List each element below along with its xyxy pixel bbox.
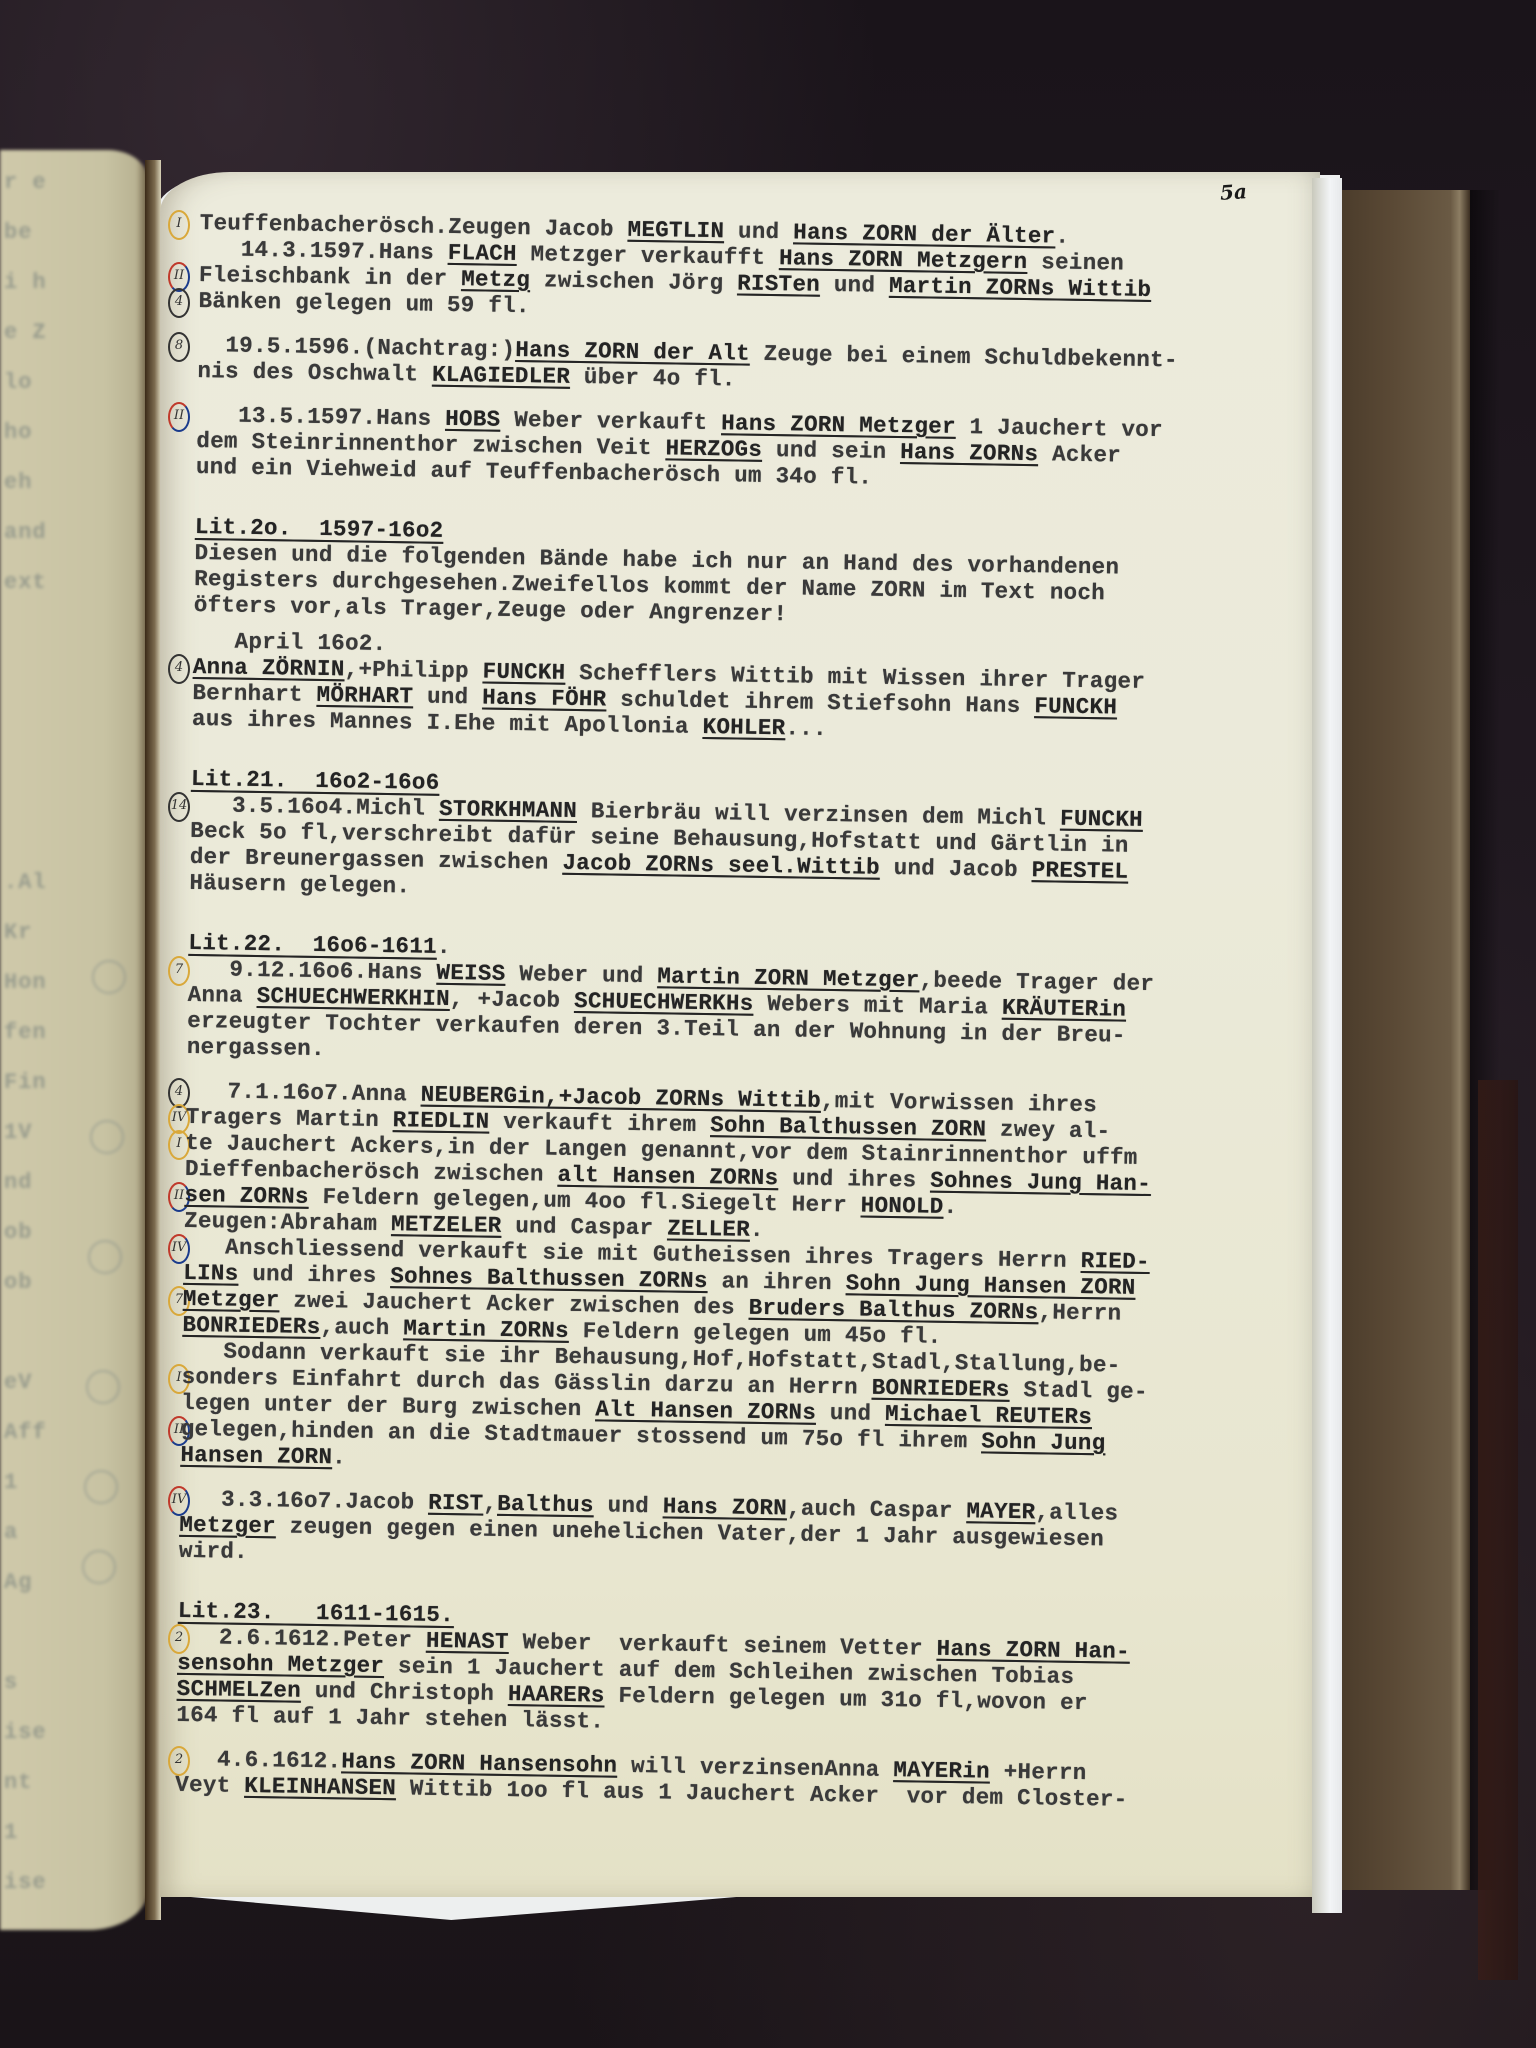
underlined-name: MÖRHART (316, 682, 413, 710)
text-run: . (437, 934, 451, 960)
margin-annotation-mark: I (168, 210, 190, 240)
facing-page-text: be (4, 220, 32, 245)
margin-annotation-mark: II (168, 402, 190, 432)
facing-page-text: r e (4, 170, 47, 195)
underlined-name: Metzger (183, 1286, 280, 1314)
facing-page-text: .Al (4, 870, 47, 895)
facing-page-text: Kr (4, 920, 32, 945)
underlined-name: Alt Hansen ZORNs (595, 1396, 816, 1425)
text-run: und Jacob (880, 855, 1032, 883)
facing-page-text: Ag (4, 1570, 32, 1595)
underlined-name: Balthus (497, 1491, 594, 1519)
text-run: verkauft ihrem (489, 1109, 710, 1138)
facing-page-circle-mark (90, 1120, 124, 1154)
text-run: Zeugen:Abraham (184, 1208, 391, 1237)
text-run: und (724, 218, 793, 245)
text-run: April 16o2. (193, 628, 387, 657)
underlined-name: STORKHMANN (439, 796, 577, 824)
underlined-name: HENAST (426, 1628, 509, 1655)
underlined-name: Lit.21. 16o2-16o6 (191, 766, 440, 796)
underlined-name: Hans ZORN Metzger (721, 410, 956, 440)
margin-annotation-mark: 7 (168, 956, 190, 986)
facing-page-circle-mark (82, 1550, 116, 1584)
text-run: und sein (762, 437, 900, 465)
underlined-name: Martin ZORNs (403, 1315, 569, 1344)
underlined-name: ZELLER (667, 1215, 750, 1242)
text-run: 4.6.1612. (175, 1746, 341, 1775)
text-run: . (332, 1444, 346, 1470)
facing-page-text: eh (4, 470, 32, 495)
underlined-name: HAARERs (508, 1681, 605, 1709)
underlined-name: Metzg (461, 266, 530, 293)
facing-page-text: ext (4, 570, 47, 595)
text-run: ,+Philipp (344, 656, 482, 684)
facing-page-circle-mark (86, 1370, 120, 1404)
underlined-name: Hans ZORN Metzgern (779, 245, 1028, 275)
facing-page-text: a (4, 1520, 18, 1545)
underlined-name: sensohn Metzger (177, 1650, 384, 1679)
text-run: und ihres (778, 1165, 930, 1193)
underlined-name: Michael REUTERs (885, 1401, 1092, 1430)
text-run: 7.1.16o7.Anna (186, 1078, 421, 1108)
text-run: +Herrn (990, 1759, 1087, 1787)
underlined-name: FUNCKH (482, 658, 565, 685)
underlined-name: MAYERin (893, 1757, 990, 1785)
text-run: ,auch Caspar (787, 1495, 967, 1524)
text-run: Weber und (505, 961, 657, 989)
underlined-name: Anna ZÖRNIN (193, 654, 345, 682)
underlined-name: BONRIEDERs (871, 1375, 1009, 1403)
underlined-name: PRESTEL (1031, 857, 1128, 885)
margin-annotation-mark: 8 (168, 332, 190, 362)
page-right-edge (1312, 178, 1342, 1913)
text-run: 2.6.1612.Peter (177, 1624, 426, 1654)
facing-page-text: 1 (4, 1470, 18, 1495)
underlined-name: SCHUECHWERKHs (574, 988, 754, 1017)
underlined-name: Hans FÖHR (482, 684, 607, 712)
text-run: an ihren (708, 1268, 846, 1296)
text-run: ,beede Trager der (919, 967, 1154, 997)
facing-page-text: nd (4, 1170, 32, 1195)
text-run: Acker (1038, 441, 1121, 468)
facing-page-text: ob (4, 1270, 32, 1295)
underlined-name: FLACH (448, 240, 517, 267)
underlined-name: MAYER (966, 1498, 1035, 1525)
underlined-name: MEGTLIN (627, 217, 724, 245)
underlined-name: Sohn Jung (981, 1428, 1106, 1456)
text-run: Stadl ge- (1010, 1377, 1148, 1405)
text-run: zwischen Jörg (530, 267, 737, 296)
facing-page-text: ob (4, 1220, 32, 1245)
text-run: , +Jacob (450, 986, 575, 1014)
text-run: Weber verkauft (500, 407, 721, 436)
underlined-name: RISTen (737, 270, 820, 297)
text-run: und (413, 683, 482, 710)
text-run: Fleischbank in der (199, 262, 462, 292)
facing-page-text: fen (4, 1020, 47, 1045)
text-run: nis des Oschwalt (197, 358, 432, 388)
text-run: Tragers Martin (186, 1104, 393, 1133)
facing-page-text: i h (4, 270, 47, 295)
text-run: ... (785, 715, 827, 742)
facing-page-text: nt (4, 1770, 32, 1795)
text-run: und (594, 1492, 663, 1519)
underlined-name: Lit.22. 16o6-1611 (188, 930, 437, 960)
facing-page-text: e Z (4, 320, 47, 345)
underlined-name: LINs (183, 1260, 239, 1287)
facing-left-page: r ebei he Zlohoehandext.AlKrHonfenFin1Vn… (0, 150, 148, 1930)
facing-page-text: 1V (4, 1120, 32, 1145)
underlined-name: KOHLER (702, 714, 785, 741)
text-run: 9.12.16o6.Hans (188, 956, 437, 986)
text-run: Anna (187, 982, 256, 1009)
text-run: über 4o fl. (570, 364, 736, 393)
underlined-name: KRÄUTERin (1002, 995, 1127, 1023)
facing-page-circle-mark (92, 960, 126, 994)
text-run: und ihres (238, 1261, 390, 1289)
text-run: 1 Jauchert vor (956, 414, 1163, 443)
typewritten-text: Teuffenbacherösch.Zeugen Jacob MEGTLIN u… (175, 210, 1310, 1815)
underlined-name: KLEINHANSEN (244, 1773, 396, 1801)
underlined-name: Martin ZORNs Wittib (889, 273, 1152, 303)
underlined-name: RIST (428, 1490, 484, 1517)
text-run: zwey al- (986, 1116, 1111, 1144)
underlined-name: KLAGIEDLER (432, 362, 570, 390)
underlined-name: alt Hansen ZORNs (557, 1162, 778, 1191)
facing-page-text: lo (4, 370, 32, 395)
text-run: 3.3.16o7.Jacob (180, 1486, 429, 1516)
facing-page-text: Aff (4, 1420, 47, 1445)
text-run: Metzger verkaufft (517, 241, 780, 271)
page-number: 5a (1219, 179, 1247, 205)
facing-page-text: eV (4, 1370, 32, 1395)
underlined-name: SCHUECHWERKHIN (256, 983, 450, 1012)
underlined-name: Hans ZORN Han- (936, 1636, 1130, 1665)
book-cover-edge (1478, 1080, 1518, 1980)
facing-page-circle-mark (88, 1240, 122, 1274)
facing-page-text: and (4, 520, 47, 545)
book-gutter (145, 160, 161, 1920)
text-run: . (943, 1194, 957, 1220)
underlined-name: sen ZORNs (184, 1182, 309, 1210)
facing-page-text: ise (4, 1870, 47, 1895)
text-run: nergassen. (187, 1034, 325, 1062)
margin-annotation-mark: 4 (168, 654, 190, 684)
margin-annotation-mark: 4 (168, 288, 190, 318)
facing-page-text: 1 (4, 1820, 18, 1845)
underlined-name: Hans ZORN der Älter (793, 219, 1056, 249)
text-run: und (816, 1400, 885, 1427)
text-run: Webers mit Maria (753, 991, 1002, 1021)
underlined-name: FUNCKH (1060, 806, 1143, 833)
text-run: . (750, 1217, 764, 1243)
text-run: und Caspar (501, 1213, 667, 1242)
underlined-name: Sohnes Jung Han- (930, 1168, 1151, 1197)
text-run: ,Herrn (1038, 1299, 1121, 1326)
underlined-name: HOBS (445, 406, 501, 433)
book-page-block (1340, 190, 1470, 1890)
underlined-name: Hans ZORNs (900, 439, 1038, 467)
underlined-name: HERZOGs (665, 435, 762, 463)
text-run: wird. (179, 1538, 248, 1565)
underlined-name: Jacob ZORNs seel.Wittib (562, 850, 880, 881)
underlined-name: BONRIEDERs (182, 1312, 320, 1340)
text-run: Bänken gelegen um 59 fl. (198, 288, 530, 319)
facing-page-text: ise (4, 1720, 47, 1745)
underlined-name: SCHMELZen (177, 1676, 302, 1704)
text-run: und (820, 272, 889, 299)
underlined-name: Hansen ZORN (180, 1442, 332, 1470)
text-run: 14.3.1597.Hans (199, 236, 448, 266)
underlined-name: Lit.2o. 1597-16o2 (195, 514, 444, 544)
facing-page-text: ho (4, 420, 32, 445)
facing-page-text: Hon (4, 970, 47, 995)
facing-page-text: Fin (4, 1070, 47, 1095)
text-run: 3.5.16o4.Michl (190, 792, 439, 822)
underlined-name: FUNCKH (1034, 693, 1117, 720)
text-run: 13.5.1597.Hans (197, 402, 446, 432)
underlined-name: Hans ZORN (663, 1493, 788, 1521)
facing-page-text: s (4, 1670, 18, 1695)
underlined-name: Metzger (179, 1512, 276, 1540)
text-run: , (483, 1491, 497, 1517)
underlined-name: WEISS (436, 960, 505, 987)
text-run: ,alles (1035, 1499, 1118, 1526)
text-run: seinen (1027, 249, 1124, 277)
text-run: Häusern gelegen. (189, 870, 410, 899)
underlined-name: Martin ZORN Metzger (657, 963, 920, 993)
underlined-name: RIEDLIN (393, 1107, 490, 1135)
underlined-name: RIED- (1081, 1248, 1150, 1275)
text-run: Bernhart (192, 680, 317, 708)
text-run: . (1055, 223, 1069, 249)
text-run: Veyt (175, 1772, 244, 1799)
facing-page-circle-mark (84, 1470, 118, 1504)
margin-annotation-mark: 14 (168, 792, 190, 822)
underlined-name: METZELER (391, 1211, 502, 1239)
text-run: ,auch (320, 1314, 403, 1341)
underlined-name: HONOLD (861, 1193, 944, 1220)
underlined-name: Hans ZORN der Alt (515, 337, 750, 367)
text-run: und Christoph (301, 1678, 508, 1707)
